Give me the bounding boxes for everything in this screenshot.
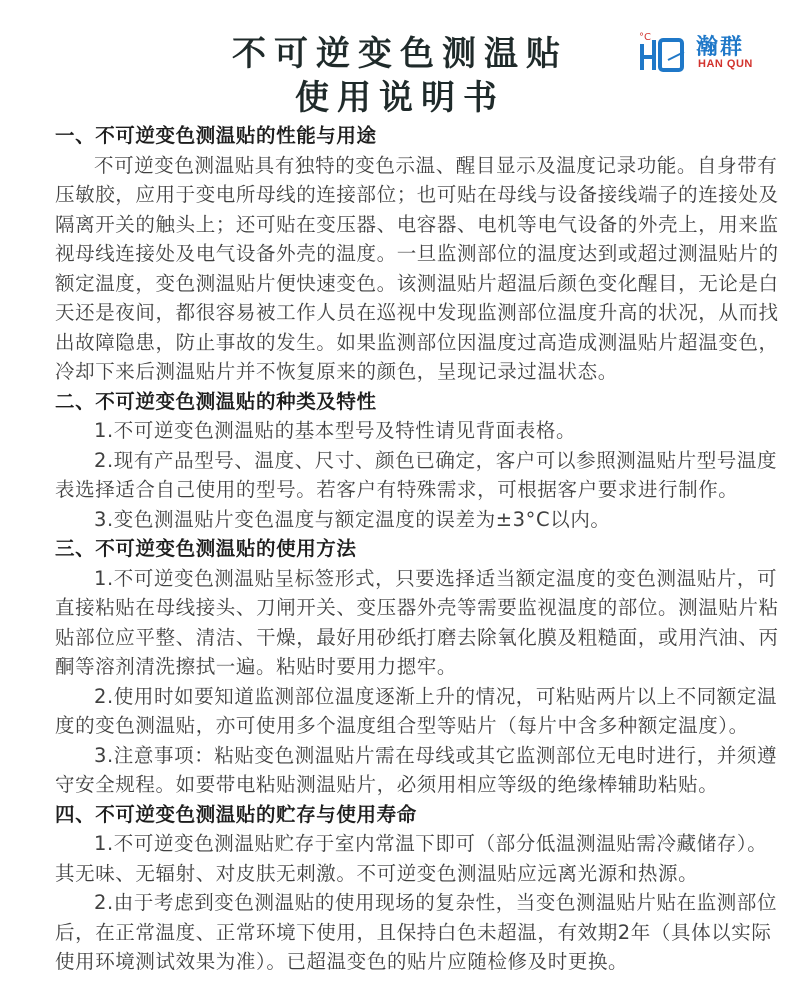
paragraph-line: 3.变色测温贴片变色温度与额定温度的误差为±3°C以内。 bbox=[55, 505, 755, 535]
paragraph-line: 天还是夜间，都很容易被工作人员在巡视中发现监测部位温度升高的状况，从而找 bbox=[55, 298, 755, 328]
paragraph-line: 守安全规程。如要带电粘贴测温贴片，必须用相应等级的绝缘棒辅助粘贴。 bbox=[55, 770, 755, 800]
paragraph-line: 1.不可逆变色测温贴呈标签形式，只要选择适当额定温度的变色测温贴片，可 bbox=[55, 564, 755, 594]
paragraph-line: 冷却下来后测温贴片并不恢复原来的颜色，呈现记录过温状态。 bbox=[55, 357, 755, 387]
hq-logo-mark-icon: °C bbox=[638, 28, 686, 72]
section-heading: 四、不可逆变色测温贴的贮存与使用寿命 bbox=[55, 800, 755, 830]
instructions-body: 一、不可逆变色测温贴的性能与用途 不可逆变色测温贴具有独特的变色示温、醒目显示及… bbox=[55, 121, 755, 977]
paragraph-line: 度的变色测温贴，亦可使用多个温度组合型等贴片（每片中含多种额定温度）。 bbox=[55, 711, 755, 741]
paragraph-line: 2.由于考虑到变色测温贴的使用现场的复杂性，当变色测温贴片贴在监测部位 bbox=[55, 888, 755, 918]
paragraph-line: 隔离开关的触头上；还可贴在变压器、电容器、电机等电气设备的外壳上，用来监 bbox=[55, 210, 755, 240]
paragraph-line: 1.不可逆变色测温贴的基本型号及特性请见背面表格。 bbox=[55, 416, 755, 446]
paragraph-line: 酮等溶剂清洗擦拭一遍。粘贴时要用力摁牢。 bbox=[55, 652, 755, 682]
section-heading: 二、不可逆变色测温贴的种类及特性 bbox=[55, 387, 755, 417]
paragraph-line: 不可逆变色测温贴具有独特的变色示温、醒目显示及温度记录功能。自身带有 bbox=[55, 151, 755, 181]
brand-name-en: HAN QUN bbox=[698, 58, 753, 70]
paragraph-line: 2.使用时如要知道监测部位温度逐渐上升的情况，可粘贴两片以上不同额定温 bbox=[55, 682, 755, 712]
paragraph-line: 其无味、无辐射、对皮肤无刺激。不可逆变色测温贴应远离光源和热源。 bbox=[55, 859, 755, 889]
brand-name-cn: 瀚群 bbox=[696, 30, 744, 61]
paragraph-line: 后，在正常温度、正常环境下使用，且保持白色未超温，有效期2年（具体以实际 bbox=[55, 918, 755, 948]
brand-logo: °C 瀚群 HAN QUN bbox=[632, 28, 772, 74]
paragraph-line: 视母线连接处及电气设备外壳的温度。一旦监测部位的温度达到或超过测温贴片的 bbox=[55, 239, 755, 269]
section-heading: 三、不可逆变色测温贴的使用方法 bbox=[55, 534, 755, 564]
paragraph-line: 直接粘贴在母线接头、刀闸开关、变压器外壳等需要监视温度的部位。测温贴片粘 bbox=[55, 593, 755, 623]
paragraph-line: 出故障隐患，防止事故的发生。如果监测部位因温度过高造成测温贴片超温变色， bbox=[55, 328, 755, 358]
paragraph-line: 贴部位应平整、清洁、干燥，最好用砂纸打磨去除氧化膜及粗糙面，或用汽油、丙 bbox=[55, 623, 755, 653]
svg-text:°C: °C bbox=[639, 32, 651, 43]
paragraph-line: 表选择适合自己使用的型号。若客户有特殊需求，可根据客户要求进行制作。 bbox=[55, 475, 755, 505]
paragraph-line: 1.不可逆变色测温贴贮存于室内常温下即可（部分低温测温贴需冷藏储存）。 bbox=[55, 829, 755, 859]
paragraph-line: 2.现有产品型号、温度、尺寸、颜色已确定，客户可以参照测温贴片型号温度 bbox=[55, 446, 755, 476]
paragraph-line: 使用环境测试效果为准）。已超温变色的贴片应随检修及时更换。 bbox=[55, 947, 755, 977]
paragraph-line: 3.注意事项：粘贴变色测温贴片需在母线或其它监测部位无电时进行，并须遵 bbox=[55, 741, 755, 771]
paragraph-line: 压敏胶，应用于变电所母线的连接部位；也可贴在母线与设备接线端子的连接处及 bbox=[55, 180, 755, 210]
section-heading: 一、不可逆变色测温贴的性能与用途 bbox=[55, 121, 755, 151]
paragraph-line: 额定温度，变色测温贴片便快速变色。该测温贴片超温后颜色变化醒目，无论是白 bbox=[55, 269, 755, 299]
document-title-line2: 使用说明书 bbox=[0, 70, 800, 119]
